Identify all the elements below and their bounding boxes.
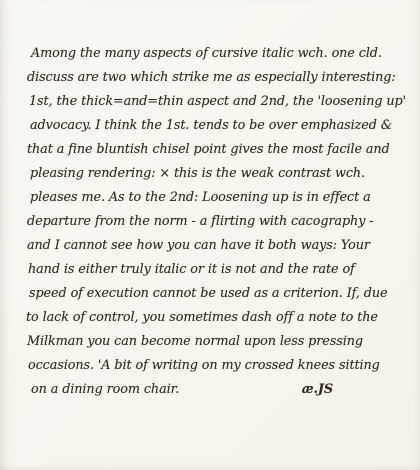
manuscript-line: 1st, the thick=and=thin aspect and 2nd, … [29,90,405,114]
closing-text: on a dining room chair. [31,378,179,402]
manuscript-line: that a fine bluntish chisel point gives … [27,138,405,162]
manuscript-lines: Among the many aspects of cursive italic… [27,42,405,378]
manuscript-line: pleases me. As to the 2nd: Loosening up … [30,186,405,210]
manuscript-text: Among the many aspects of cursive italic… [27,42,405,402]
manuscript-line: hand is either truly italic or it is not… [28,258,405,282]
manuscript-page: Among the many aspects of cursive italic… [0,0,420,470]
manuscript-line: departure from the norm - a flirting wit… [27,210,405,234]
manuscript-line: speed of execution cannot be used as a c… [29,282,405,306]
manuscript-line: to lack of control, you sometimes dash o… [26,306,405,330]
manuscript-line: occasions. 'A bit of writing on my cross… [28,354,405,378]
manuscript-line: advocacy. I think the 1st. tends to be o… [30,114,405,138]
manuscript-line: discuss are two which strike me as espec… [27,66,405,90]
manuscript-line: Milkman you can become normal upon less … [27,330,405,354]
manuscript-line: Among the many aspects of cursive italic… [31,42,405,66]
closing-line: on a dining room chair. æ.JS [31,378,405,402]
manuscript-line: pleasing rendering: × this is the weak c… [30,162,405,186]
signature: æ.JS [302,378,333,402]
manuscript-line: and I cannot see how you can have it bot… [27,234,405,258]
